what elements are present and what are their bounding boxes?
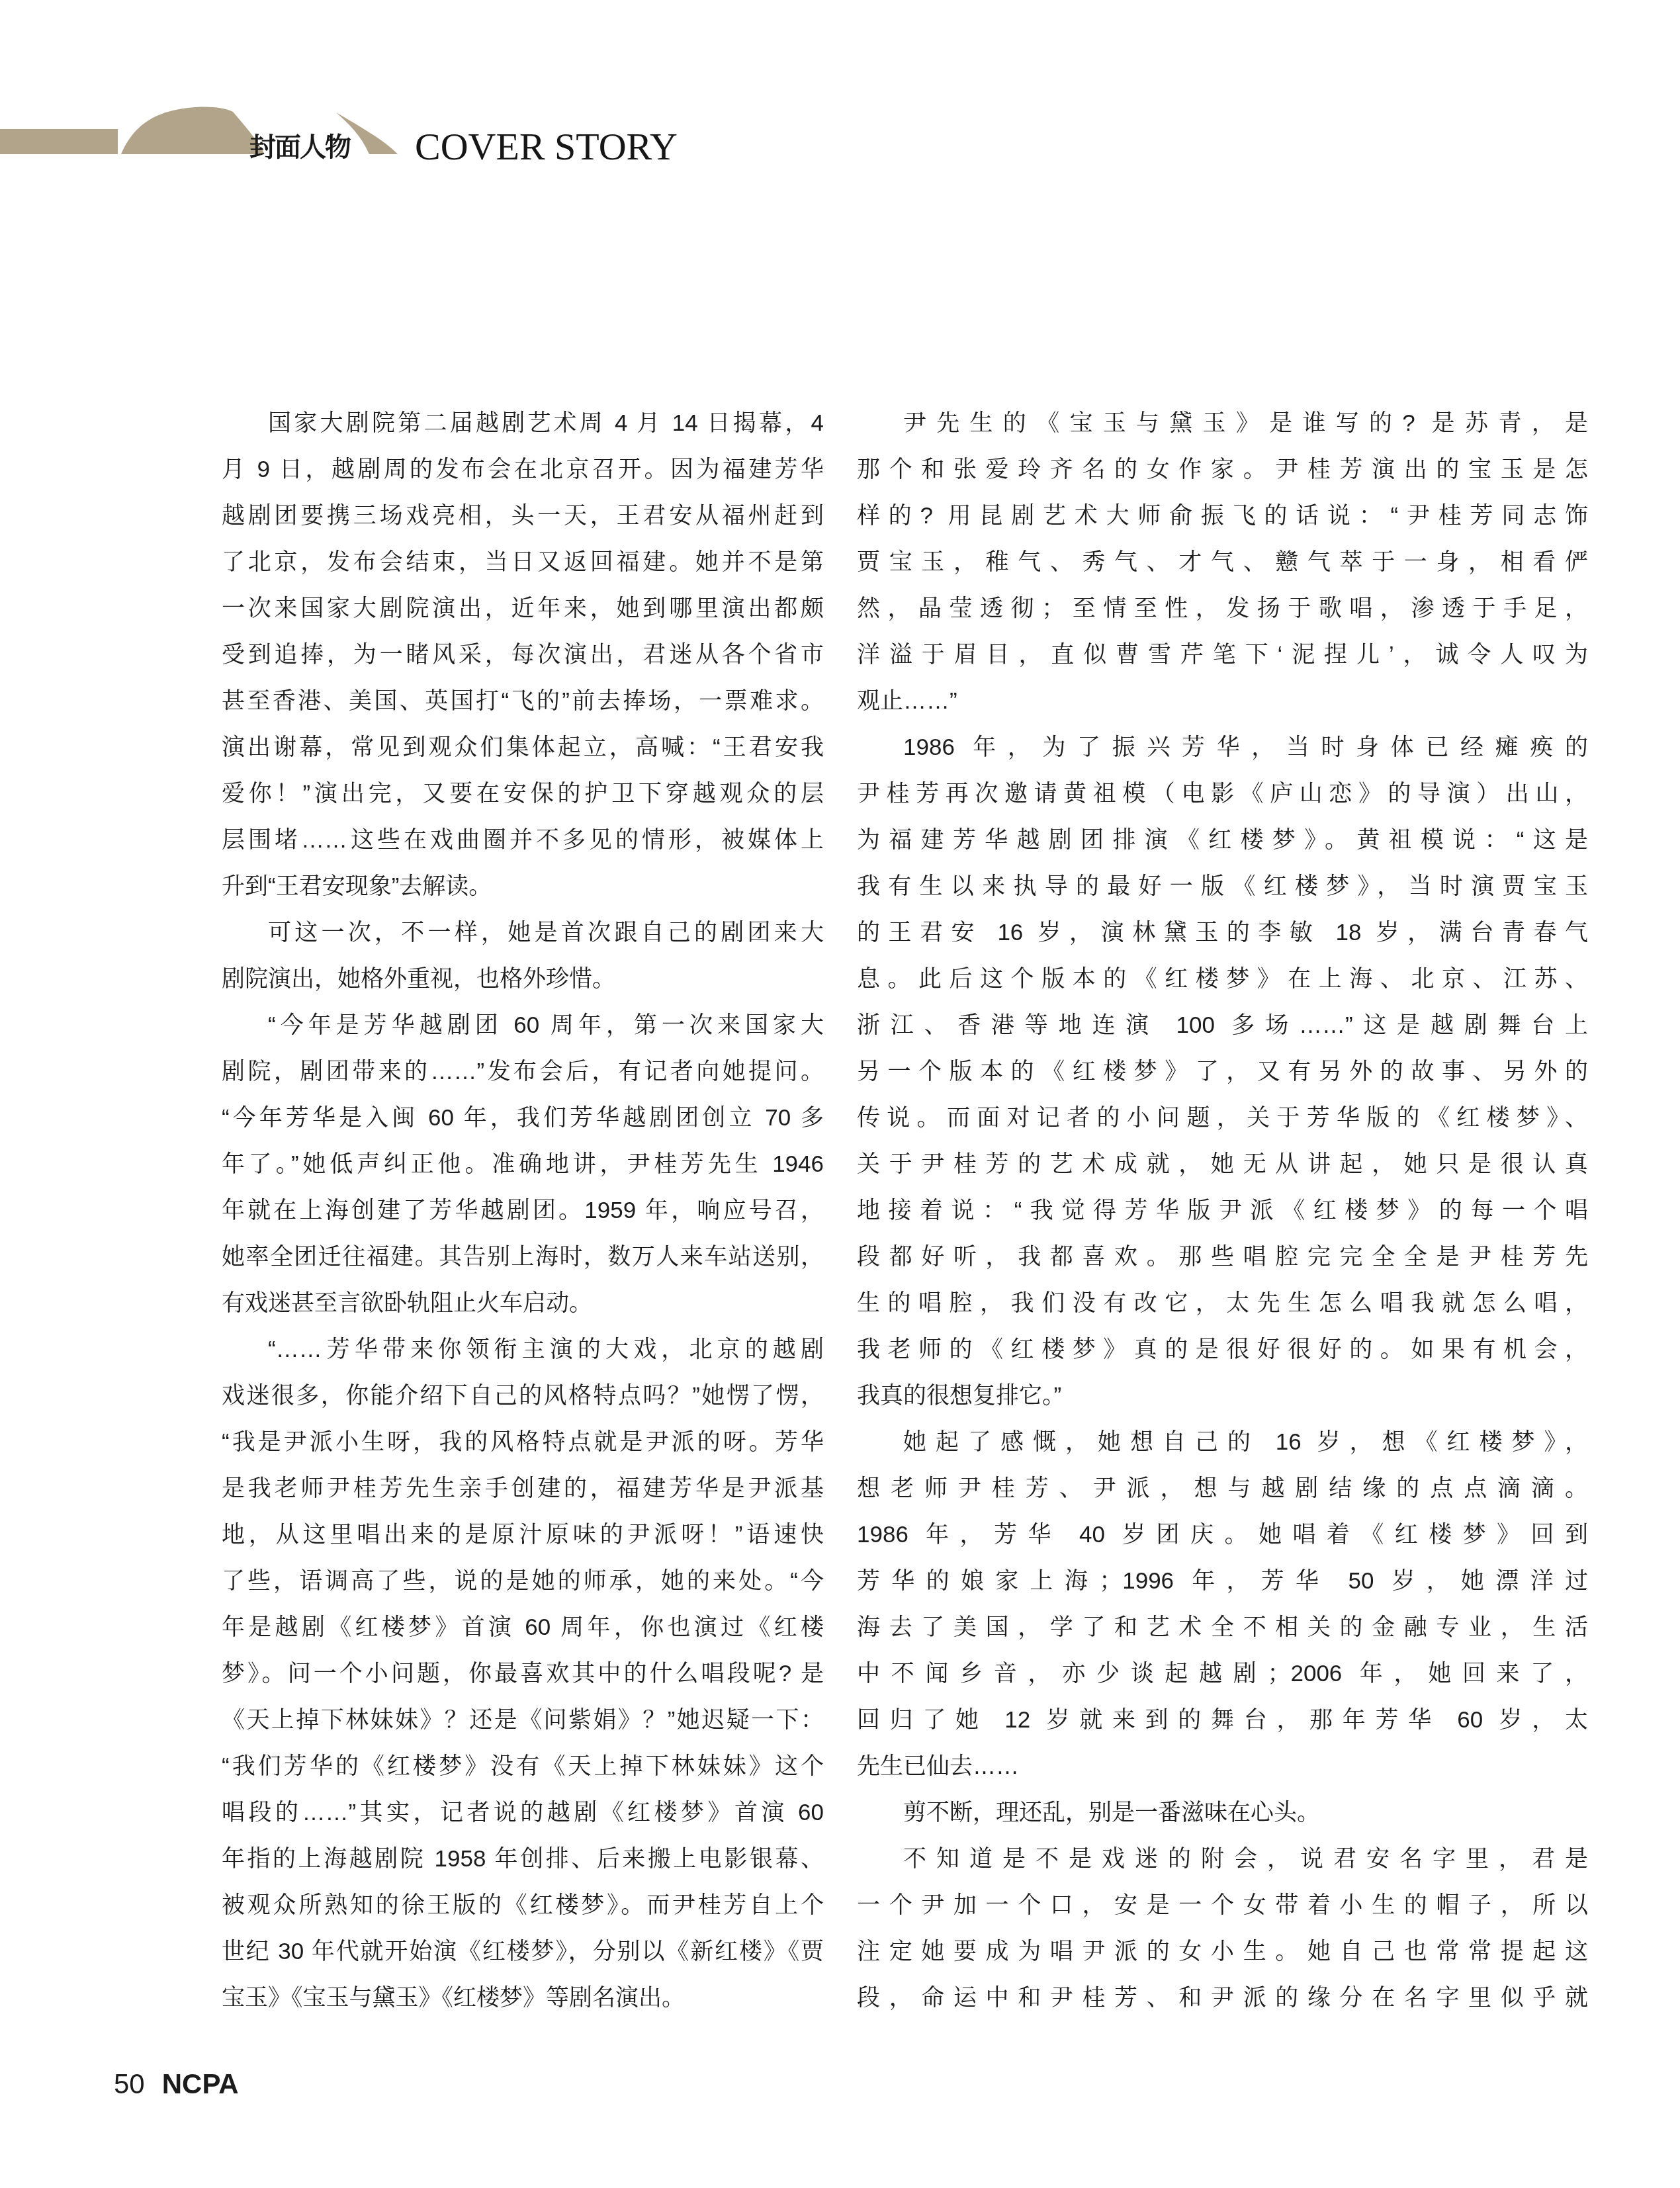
- text-line: 可这一次，不一样，她是首次跟自己的剧团来大: [222, 910, 824, 956]
- text-line: “今年芳华是入闽 60 年，我们芳华越剧团创立 70 多: [222, 1095, 824, 1141]
- text-line: 升到“王君安现象”去解读。: [222, 863, 824, 910]
- text-line: 剧院演出，她格外重视，也格外珍惜。: [222, 956, 824, 1002]
- text-line: 尹先生的《宝玉与黛玉》是谁写的? 是苏青，是: [857, 400, 1588, 447]
- text-line: 贾宝玉，稚气、秀气、才气、戆气萃于一身，相看俨: [857, 539, 1588, 586]
- text-line: 注定她要成为唱尹派的女小生。她自己也常常提起这: [857, 1929, 1588, 1975]
- text-line: 1986 年，为了振兴芳华，当时身体已经瘫痪的: [857, 724, 1588, 771]
- text-line: “我是尹派小生呀，我的风格特点就是尹派的呀。芳华: [222, 1419, 824, 1466]
- text-line: 甚至香港、美国、英国打“飞的”前去捧场，一票难求。: [222, 678, 824, 724]
- text-line: 她起了感慨，她想自己的 16 岁，想《红楼梦》，: [857, 1419, 1588, 1466]
- article-column-right: 尹先生的《宝玉与黛玉》是谁写的? 是苏青，是那个和张爱玲齐名的女作家。尹桂芳演出…: [857, 400, 1588, 2021]
- page-footer: 50NCPA: [114, 2068, 239, 2100]
- text-line: 年了。”她低声纠正他。准确地讲，尹桂芳先生 1946: [222, 1141, 824, 1188]
- text-line: 越剧团要携三场戏亮相，头一天，王君安从福州赶到: [222, 493, 824, 539]
- text-line: 传说。而面对记者的小问题，关于芳华版的《红楼梦》、: [857, 1095, 1588, 1141]
- brand-mark: NCPA: [162, 2068, 239, 2099]
- text-line: 生的唱腔，我们没有改它，太先生怎么唱我就怎么唱，: [857, 1280, 1588, 1327]
- text-line: 剪不断，理还乱，别是一番滋味在心头。: [857, 1790, 1588, 1836]
- text-line: 芳华的娘家上海；1996 年，芳华 50 岁，她漂洋过: [857, 1558, 1588, 1604]
- text-line: 回归了她 12 岁就来到的舞台，那年芳华 60 岁，太: [857, 1697, 1588, 1743]
- header-fin-swoosh: [121, 107, 265, 154]
- text-line: 演出谢幕，常见到观众们集体起立，高喊：“王君安我: [222, 724, 824, 771]
- text-line: 年指的上海越剧院 1958 年创排、后来搬上电影银幕、: [222, 1836, 824, 1882]
- text-line: 我有生以来执导的最好一版《红楼梦》，当时演贾宝玉: [857, 863, 1588, 910]
- text-line: 年是越剧《红楼梦》首演 60 周年，你也演过《红楼: [222, 1604, 824, 1651]
- text-line: 的王君安 16 岁，演林黛玉的李敏 18 岁，满台青春气: [857, 910, 1588, 956]
- text-line: 梦》。问一个小问题，你最喜欢其中的什么唱段呢? 是: [222, 1651, 824, 1697]
- text-line: 爱你！”演出完，又要在安保的护卫下穿越观众的层: [222, 771, 824, 817]
- section-title-english: COVER STORY: [415, 124, 678, 169]
- text-line: “我们芳华的《红楼梦》没有《天上掉下林妹妹》这个: [222, 1743, 824, 1790]
- magazine-page: 封面人物 COVER STORY 国家大剧院第二届越剧艺术周 4 月 14 日揭…: [0, 0, 1680, 2188]
- text-line: 世纪 30 年代就开始演《红楼梦》，分别以《新红楼》《贾: [222, 1929, 824, 1975]
- text-line: 浙江、香港等地连演 100 多场……”这是越剧舞台上: [857, 1002, 1588, 1049]
- text-line: 一个尹加一个口，安是一个女带着小生的帽子，所以: [857, 1882, 1588, 1929]
- section-title-chinese: 封面人物: [249, 126, 350, 164]
- text-line: 唱段的……”其实，记者说的越剧《红楼梦》首演 60: [222, 1790, 824, 1836]
- text-line: 了北京，发布会结束，当日又返回福建。她并不是第: [222, 539, 824, 586]
- header-bar: [0, 129, 118, 154]
- text-line: 《天上掉下林妹妹》？还是《问紫娟》？”她迟疑一下：: [222, 1697, 824, 1743]
- text-line: 那个和张爱玲齐名的女作家。尹桂芳演出的宝玉是怎: [857, 447, 1588, 493]
- text-line: 为福建芳华越剧团排演《红楼梦》。黄祖模说：“这是: [857, 817, 1588, 863]
- text-line: 尹桂芳再次邀请黄祖模（电影《庐山恋》的导演）出山，: [857, 771, 1588, 817]
- text-line: 先生已仙去……: [857, 1743, 1588, 1790]
- text-line: 年就在上海创建了芳华越剧团。1959 年，响应号召，: [222, 1188, 824, 1234]
- text-line: 中不闻乡音，亦少谈起越剧；2006 年，她回来了，: [857, 1651, 1588, 1697]
- text-line: 然，晶莹透彻；至情至性，发扬于歌唱，渗透于手足，: [857, 586, 1588, 632]
- text-line: 戏迷很多，你能介绍下自己的风格特点吗？”她愣了愣，: [222, 1373, 824, 1419]
- text-line: 月 9 日，越剧周的发布会在北京召开。因为福建芳华: [222, 447, 824, 493]
- text-line: 层围堵……这些在戏曲圈并不多见的情形，被媒体上: [222, 817, 824, 863]
- text-line: 宝玉》《宝玉与黛玉》《红楼梦》等剧名演出。: [222, 1975, 824, 2021]
- text-line: 我老师的《红楼梦》真的是很好很好的。如果有机会，: [857, 1327, 1588, 1373]
- text-line: 她率全团迁往福建。其告别上海时，数万人来车站送别，: [222, 1234, 824, 1280]
- page-number: 50: [114, 2068, 145, 2099]
- text-line: 1986 年，芳华 40 岁团庆。她唱着《红楼梦》回到: [857, 1512, 1588, 1558]
- text-line: 地，从这里唱出来的是原汁原味的尹派呀！”语速快: [222, 1512, 824, 1558]
- text-line: 段都好听，我都喜欢。那些唱腔完完全全是尹桂芳先: [857, 1234, 1588, 1280]
- text-line: 段，命运中和尹桂芳、和尹派的缘分在名字里似乎就: [857, 1975, 1588, 2021]
- text-line: 海去了美国，学了和艺术全不相关的金融专业，生活: [857, 1604, 1588, 1651]
- text-line: 我真的很想复排它。”: [857, 1373, 1588, 1419]
- header-swoosh-graphic: [0, 99, 430, 162]
- article-column-left: 国家大剧院第二届越剧艺术周 4 月 14 日揭幕，4月 9 日，越剧周的发布会在…: [222, 400, 824, 2021]
- text-line: 是我老师尹桂芳先生亲手创建的，福建芳华是尹派基: [222, 1466, 824, 1512]
- text-line: 受到追捧，为一睹风采，每次演出，君迷从各个省市: [222, 632, 824, 678]
- text-line: 剧院，剧团带来的……”发布会后，有记者向她提问。: [222, 1049, 824, 1095]
- text-line: 关于尹桂芳的艺术成就，她无从讲起，她只是很认真: [857, 1141, 1588, 1188]
- text-line: 地接着说：“我觉得芳华版尹派《红楼梦》的每一个唱: [857, 1188, 1588, 1234]
- text-line: 样的? 用昆剧艺术大师俞振飞的话说：“尹桂芳同志饰: [857, 493, 1588, 539]
- text-line: 国家大剧院第二届越剧艺术周 4 月 14 日揭幕，4: [222, 400, 824, 447]
- text-line: 息。此后这个版本的《红楼梦》在上海、北京、江苏、: [857, 956, 1588, 1002]
- text-line: 想老师尹桂芳、尹派，想与越剧结缘的点点滴滴。: [857, 1466, 1588, 1512]
- text-line: 有戏迷甚至言欲卧轨阻止火车启动。: [222, 1280, 824, 1327]
- text-line: 了些，语调高了些，说的是她的师承，她的来处。“今: [222, 1558, 824, 1604]
- text-line: 被观众所熟知的徐王版的《红楼梦》。而尹桂芳自上个: [222, 1882, 824, 1929]
- text-line: 另一个版本的《红楼梦》了，又有另外的故事、另外的: [857, 1049, 1588, 1095]
- text-line: “……芳华带来你领衔主演的大戏，北京的越剧: [222, 1327, 824, 1373]
- text-line: 观止……”: [857, 678, 1588, 724]
- text-line: 一次来国家大剧院演出，近年来，她到哪里演出都颇: [222, 586, 824, 632]
- text-line: “今年是芳华越剧团 60 周年，第一次来国家大: [222, 1002, 824, 1049]
- text-line: 洋溢于眉目，直似曹雪芹笔下‘泥捏儿’，诚令人叹为: [857, 632, 1588, 678]
- text-line: 不知道是不是戏迷的附会，说君安名字里，君是: [857, 1836, 1588, 1882]
